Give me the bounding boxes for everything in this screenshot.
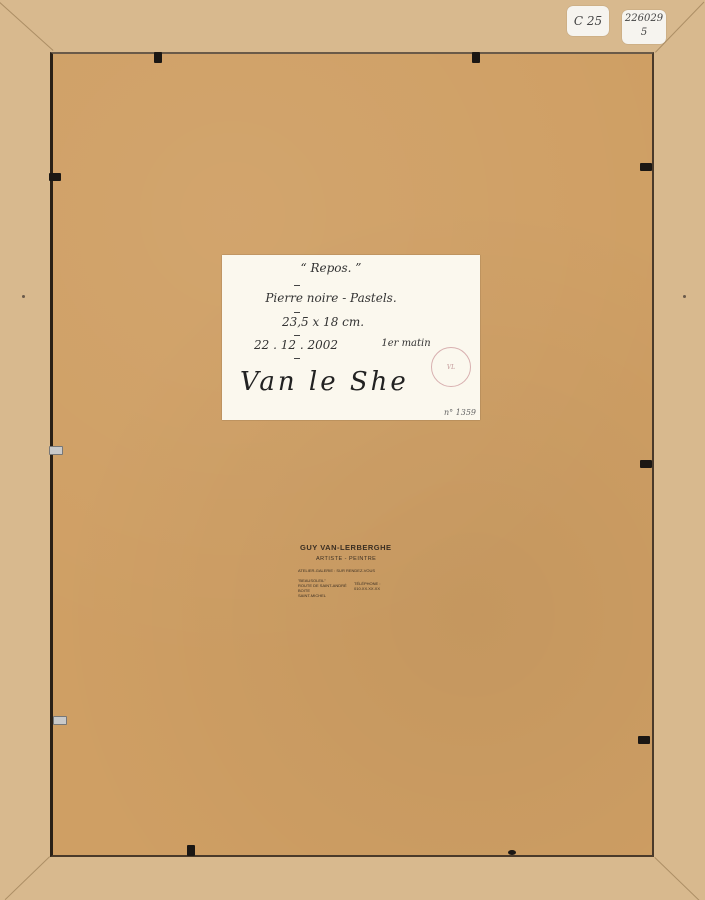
clip-bottom-left xyxy=(187,845,195,856)
frame-miter-br xyxy=(654,857,699,900)
lot-number: C 25 xyxy=(574,14,602,28)
seal-text: VL xyxy=(447,364,455,371)
clip-left-bottom xyxy=(53,716,67,725)
artwork-medium: Pierre noire - Pastels. xyxy=(202,291,460,305)
artist-signature: Van le She xyxy=(240,367,409,397)
separator xyxy=(294,285,300,286)
clip-right-top xyxy=(640,163,652,171)
stamp-atelier: ATELIER-GALERIE : SUR RENDEZ-VOUS xyxy=(298,568,375,573)
artwork-title: “ Repos. ” xyxy=(202,261,460,275)
clip-bottom-right xyxy=(508,850,516,855)
clip-top-left xyxy=(154,52,162,63)
stamp-role: ARTISTE - PEINTRE xyxy=(316,556,376,562)
artist-seal: VL xyxy=(431,347,471,387)
backing-panel xyxy=(50,52,654,857)
stamp-telephone: TÉLÉPHONE : 010.XX.XX.XX xyxy=(354,581,380,591)
clip-right-bottom xyxy=(638,736,650,744)
separator xyxy=(294,358,300,359)
stamp-artist-name: GUY VAN-LERBERGHE xyxy=(300,543,392,552)
frame-miter-tl xyxy=(0,2,54,51)
catalogue-number: n° 1359 xyxy=(444,408,476,417)
clip-left-middle xyxy=(49,446,63,455)
stamp-address: "BEAUSOLEIL" ROUTE DE SAINT-ANDRÉ BOITE … xyxy=(298,578,347,598)
clip-right-middle xyxy=(640,460,652,468)
frame-miter-bl xyxy=(5,856,50,900)
artwork-dimensions: 23,5 x 18 cm. xyxy=(194,315,452,329)
lot-number-sticker: C 25 xyxy=(567,6,609,36)
artwork-label: “ Repos. ” Pierre noire - Pastels. 23,5 … xyxy=(222,255,480,420)
nail-left xyxy=(22,295,25,298)
clip-top-right xyxy=(472,52,480,63)
artwork-note: 1er matin xyxy=(277,338,535,349)
inventory-code: 226029 xyxy=(622,12,666,26)
clip-left-top xyxy=(49,173,61,181)
separator xyxy=(294,335,300,336)
nail-right xyxy=(683,295,686,298)
inventory-suffix: 5 xyxy=(622,26,666,40)
inventory-sticker: 226029 5 xyxy=(622,10,666,44)
separator xyxy=(294,312,300,313)
